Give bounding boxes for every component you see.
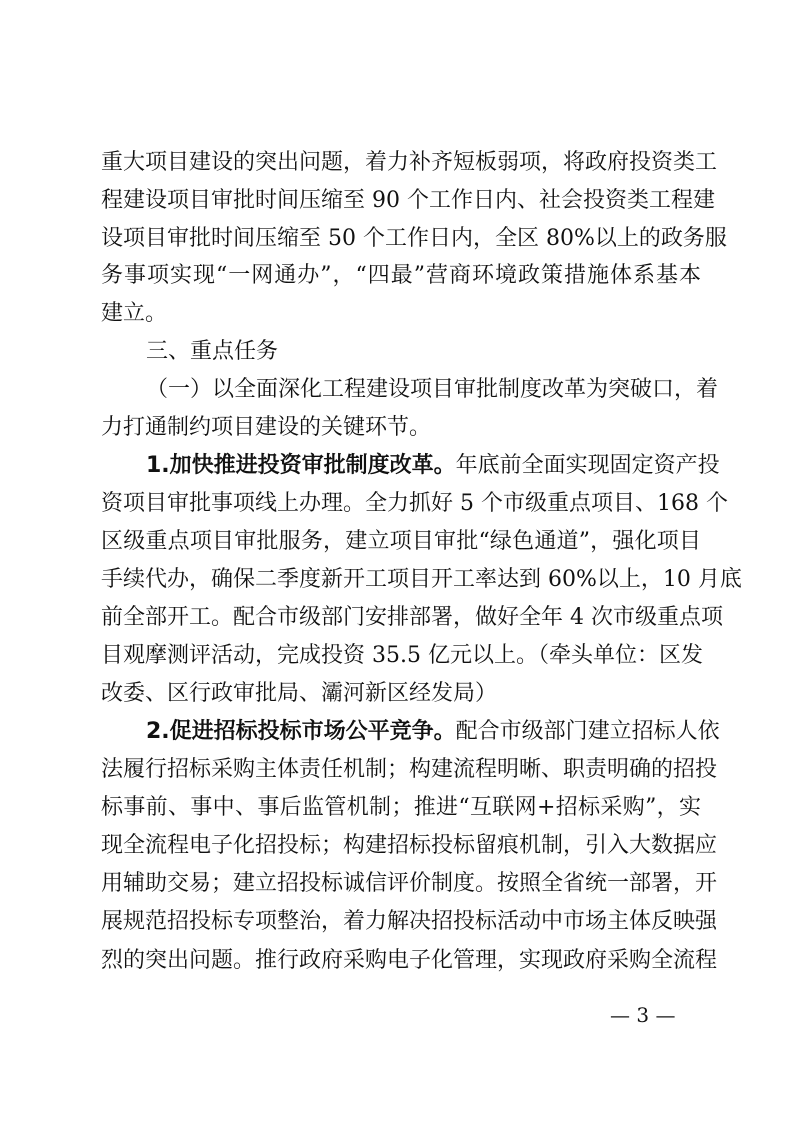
subsection-line: （一）以全面深化工程建设项目审批制度改革为突破口，着	[146, 375, 701, 405]
paragraph-line: 现全流程电子化招投标；构建招标投标留痕机制，引入大数据应	[101, 831, 701, 861]
paragraph-line: 重大项目建设的突出问题，着力补齐短板弱项，将政府投资类工	[101, 148, 701, 178]
section-heading: 三、重点任务	[146, 337, 701, 367]
paragraph-line: 资项目审批事项线上办理。全力抓好 5 个市级重点项目、168 个	[101, 489, 701, 519]
paragraph-line: 用辅助交易；建立招投标诚信评价制度。按照全省统一部署，开	[101, 869, 701, 899]
item2-title: 2.促进招标投标市场公平竞争。	[146, 719, 456, 744]
paragraph-line: 法履行招标采购主体责任机制；构建流程明晰、职责明确的招投	[101, 755, 701, 785]
page-number: — 3 —	[610, 1000, 675, 1030]
subsection-line: 力打通制约项目建设的关键环节。	[101, 413, 701, 443]
item1-first-line: 1.加快推进投资审批制度改革。年底前全面实现固定资产投	[146, 451, 701, 481]
paragraph-line: 建立。	[101, 299, 701, 329]
document-page: 重大项目建设的突出问题，着力补齐短板弱项，将政府投资类工 程建设项目审批时间压缩…	[0, 0, 793, 1122]
paragraph-line: 改委、区行政审批局、灞河新区经发局）	[101, 679, 701, 709]
paragraph-line: 手续代办，确保二季度新开工项目开工率达到 60%以上，10 月底	[101, 565, 701, 595]
paragraph-line: 标事前、事中、事后监管机制；推进“互联网+招标采购”，实	[101, 793, 701, 823]
paragraph-line: 目观摩测评活动，完成投资 35.5 亿元以上。（牵头单位：区发	[101, 641, 701, 671]
item1-title: 1.加快推进投资审批制度改革。	[146, 453, 456, 478]
item1-text: 年底前全面实现固定资产投	[456, 453, 720, 478]
paragraph-line: 烈的突出问题。推行政府采购电子化管理，实现政府采购全流程	[101, 946, 701, 976]
paragraph-line: 务事项实现“一网通办”，“四最”营商环境政策措施体系基本	[101, 261, 701, 291]
paragraph-line: 展规范招投标专项整治，着力解决招投标活动中市场主体反映强	[101, 907, 701, 937]
paragraph-line: 前全部开工。配合市级部门安排部署，做好全年 4 次市级重点项	[101, 603, 701, 633]
paragraph-line: 设项目审批时间压缩至 50 个工作日内，全区 80%以上的政务服	[101, 224, 701, 254]
paragraph-line: 程建设项目审批时间压缩至 90 个工作日内、社会投资类工程建	[101, 186, 701, 216]
item2-text: 配合市级部门建立招标人依	[456, 719, 720, 744]
paragraph-line: 区级重点项目审批服务，建立项目审批“绿色通道”，强化项目	[101, 527, 701, 557]
item2-first-line: 2.促进招标投标市场公平竞争。配合市级部门建立招标人依	[146, 717, 701, 747]
